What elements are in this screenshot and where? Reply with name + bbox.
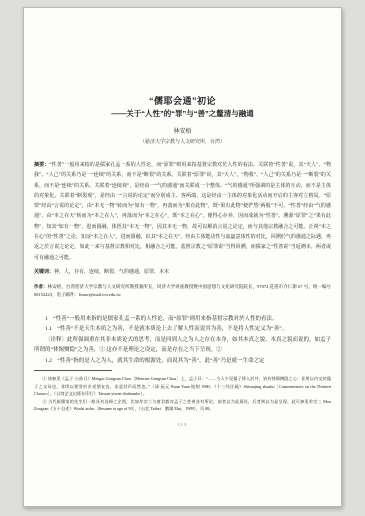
- author-name: 林安梧: [34, 128, 331, 136]
- footnote-separator: [34, 370, 112, 371]
- section-1-1: 1.1 “性善”不是天生本质之为善，不是就本质论上去了解人性而说其为善，不是将人…: [34, 324, 331, 335]
- page-number: 113: [34, 422, 331, 427]
- author-bio: 作者：林安梧，台湾慈济大学宗教与人文研究所教授兼所长，同济大学讲座教授暨中国思想…: [34, 283, 331, 299]
- author-affiliation: （慈济大学宗教与人文研究所，台湾）: [34, 140, 331, 146]
- paper-subtitle: ——关于“人性”的“罪”与“善”之釐清与融通: [34, 109, 331, 119]
- paper-title: “儒耶会通”初论: [34, 96, 331, 107]
- footnote-1: ① 请参见《孟子·公孙丑》Mengzi Gongsun Chou［Mencius…: [34, 375, 331, 398]
- keywords-label: 关键词：: [34, 270, 54, 275]
- main-text: 1 “性善”一般用来指的是儒家孔孟一系的人性论，而“原罪”则用来指基督宗教对於人…: [34, 314, 331, 367]
- section-1-1-annotation: 〔诠释〕此所强调重在其非本质论式的思考，而是回到人之为人之存在本身，如其本真之貌…: [34, 335, 331, 356]
- keywords: 关键词：神，人，存有，连续，断裂，气的感通，原罪，本末: [34, 269, 331, 276]
- section-1-2: 1.2 “性善”指的是人之为人，就其生命的根源处，而说其为“善”，此“善”乃是就…: [34, 356, 331, 367]
- abstract-text: “性善”一般用来指的是儒家孔孟一系的人性论，而“原罪”则用来指基督宗教对於人性的…: [34, 163, 331, 261]
- abstract: 摘要：“性善”一般用来指的是儒家孔孟一系的人性论，而“原罪”则用来指基督宗教对於…: [34, 161, 331, 264]
- footnote-2: ② 当代新儒家的先生们一般具有诠释之企图，比如牟宗三与唐君毅对孟子之性善各有所论…: [34, 398, 331, 413]
- keywords-text: 神，人，存有，连续，断裂，气的感通，原罪，本末: [54, 270, 169, 275]
- bio-label: 作者：: [34, 284, 48, 289]
- footnotes: ① 请参见《孟子·公孙丑》Mengzi Gongsun Chou［Mencius…: [34, 375, 331, 413]
- abstract-label: 摘要：: [34, 163, 49, 168]
- bio-text: 林安梧，台湾慈济大学宗教与人文研究所教授兼所长，同济大学讲座教授暨中国思想与文化…: [34, 284, 331, 297]
- paper-page: “儒耶会通”初论 ——关于“人性”的“罪”与“善”之釐清与融通 林安梧 （慈济大…: [23, 7, 342, 507]
- section-1: 1 “性善”一般用来指的是儒家孔孟一系的人性论，而“原罪”则用来指基督宗教对於人…: [34, 314, 331, 325]
